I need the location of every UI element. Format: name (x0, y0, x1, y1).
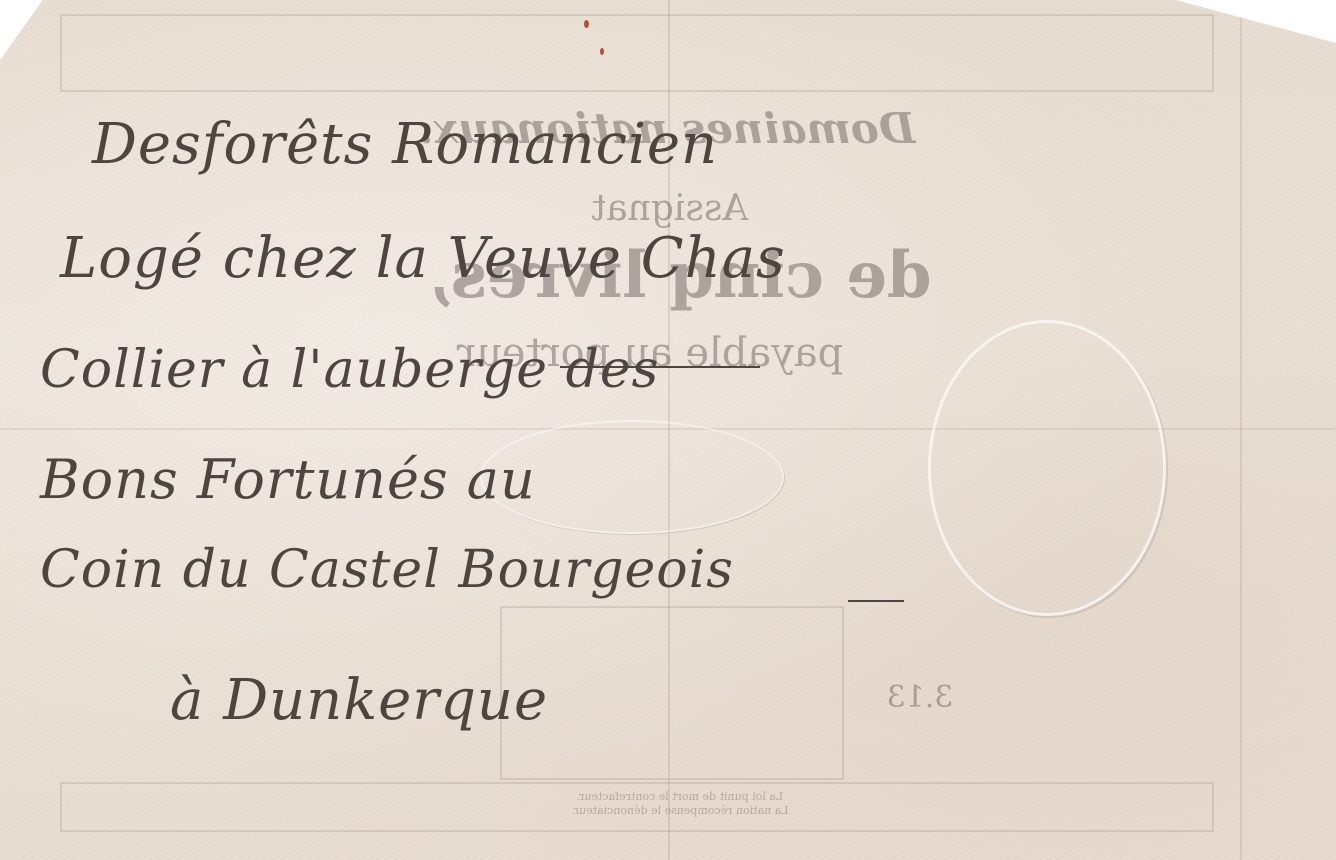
inscription-line-6: à Dunkerque (170, 668, 548, 733)
inscription-line-4: Bons Fortunés au (40, 448, 536, 511)
inscription-line-2: Logé chez la Veuve Chas (60, 226, 786, 291)
assignat-paper: Domaines nationaux. Assignat de cinq liv… (0, 0, 1336, 860)
print-frame-center (500, 606, 844, 780)
inscription-line-1: Desforêts Romancien (92, 112, 718, 177)
printed-legend: La loi punit de mort le contrefacteur. L… (460, 790, 900, 818)
inscription-line-5: Coin du Castel Bourgeois (40, 540, 734, 600)
ink-stain (600, 48, 604, 55)
inscription-line-3: Collier à l'auberge des (40, 340, 659, 400)
fold-line-right (1240, 0, 1242, 860)
dry-seal-oval-emboss (928, 320, 1166, 616)
print-frame-top (60, 14, 1214, 92)
printed-legend-line-1: La loi punit de mort le contrefacteur. (460, 790, 900, 804)
underline-stroke (848, 600, 904, 602)
ink-stain (584, 20, 589, 28)
printed-serial: 3.13 (860, 680, 980, 715)
printed-assignat: Assignat (520, 188, 820, 229)
underline-stroke (560, 366, 760, 368)
printed-legend-line-2: La nation récompense le dénonciateur. (460, 804, 900, 818)
